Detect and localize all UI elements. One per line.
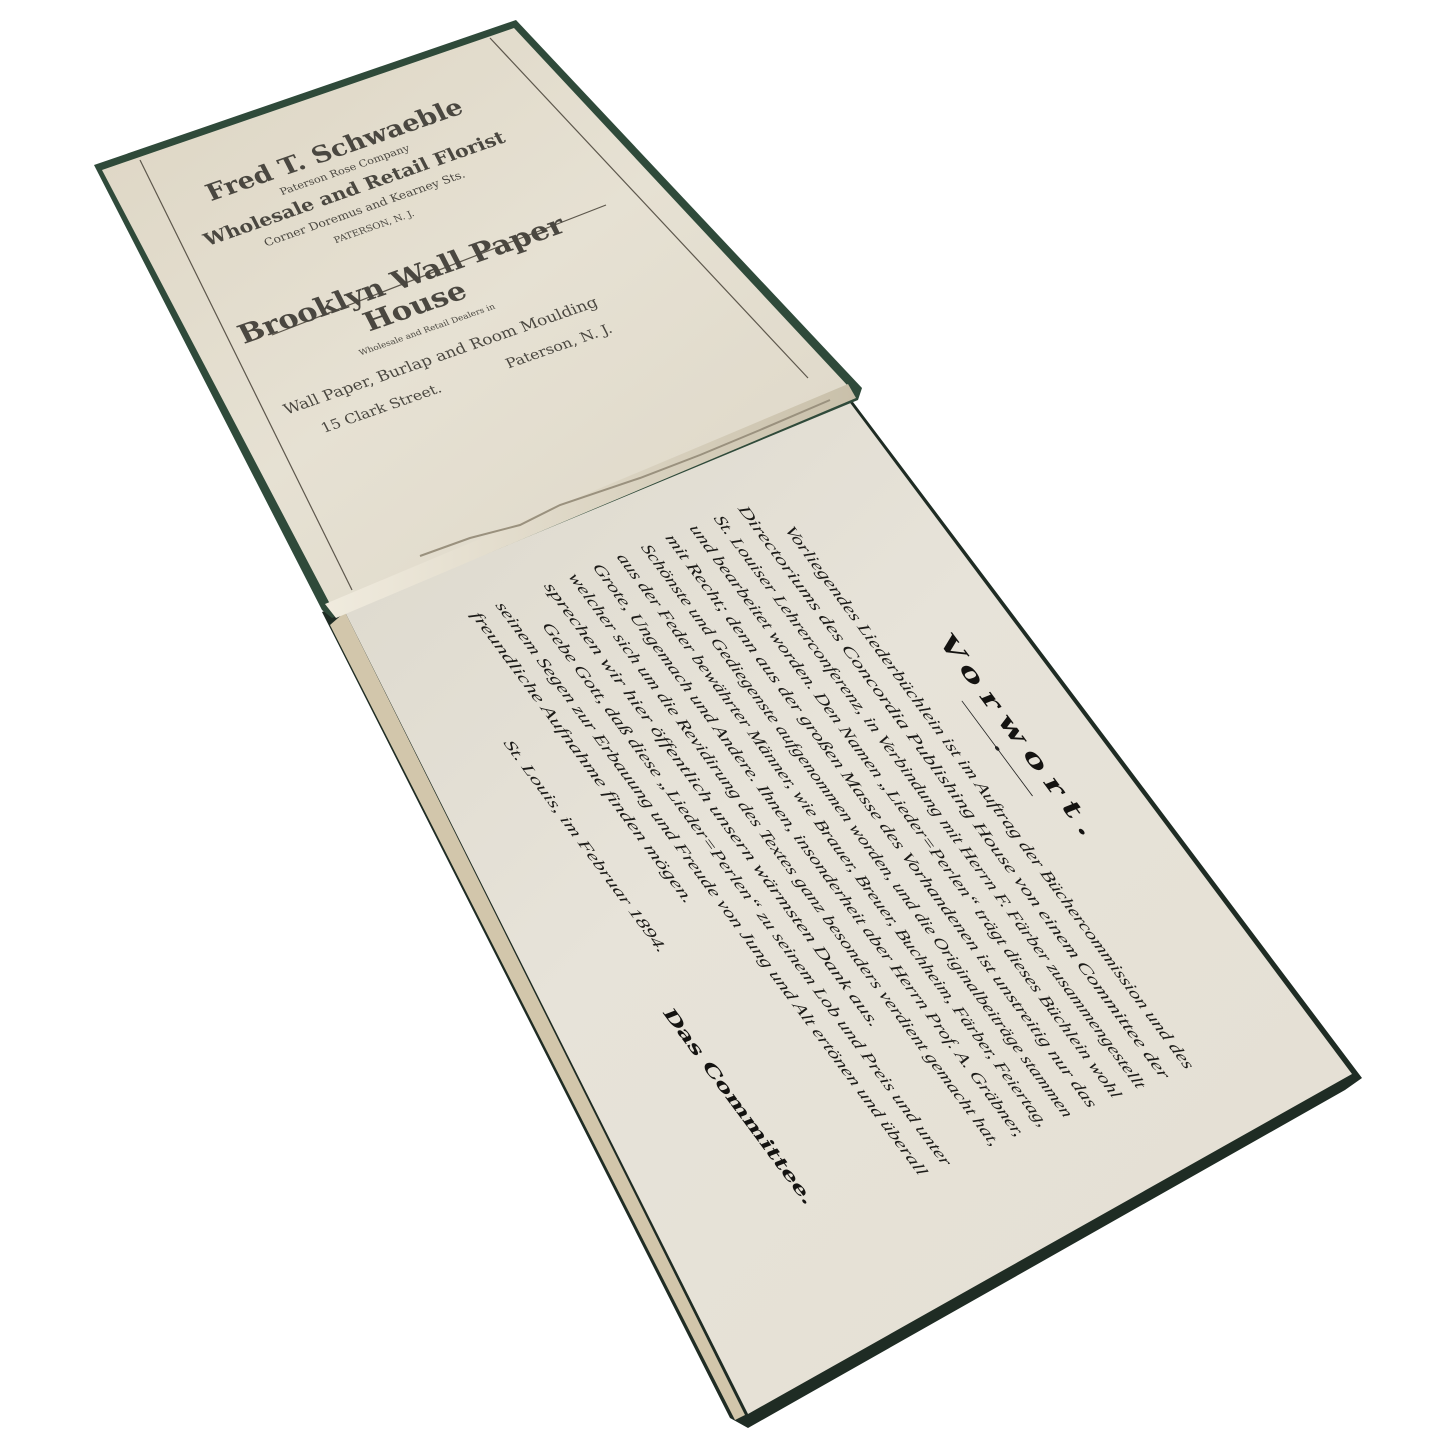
- book-photo: Fred T. Schwaeble Paterson Rose Company …: [0, 0, 1445, 1445]
